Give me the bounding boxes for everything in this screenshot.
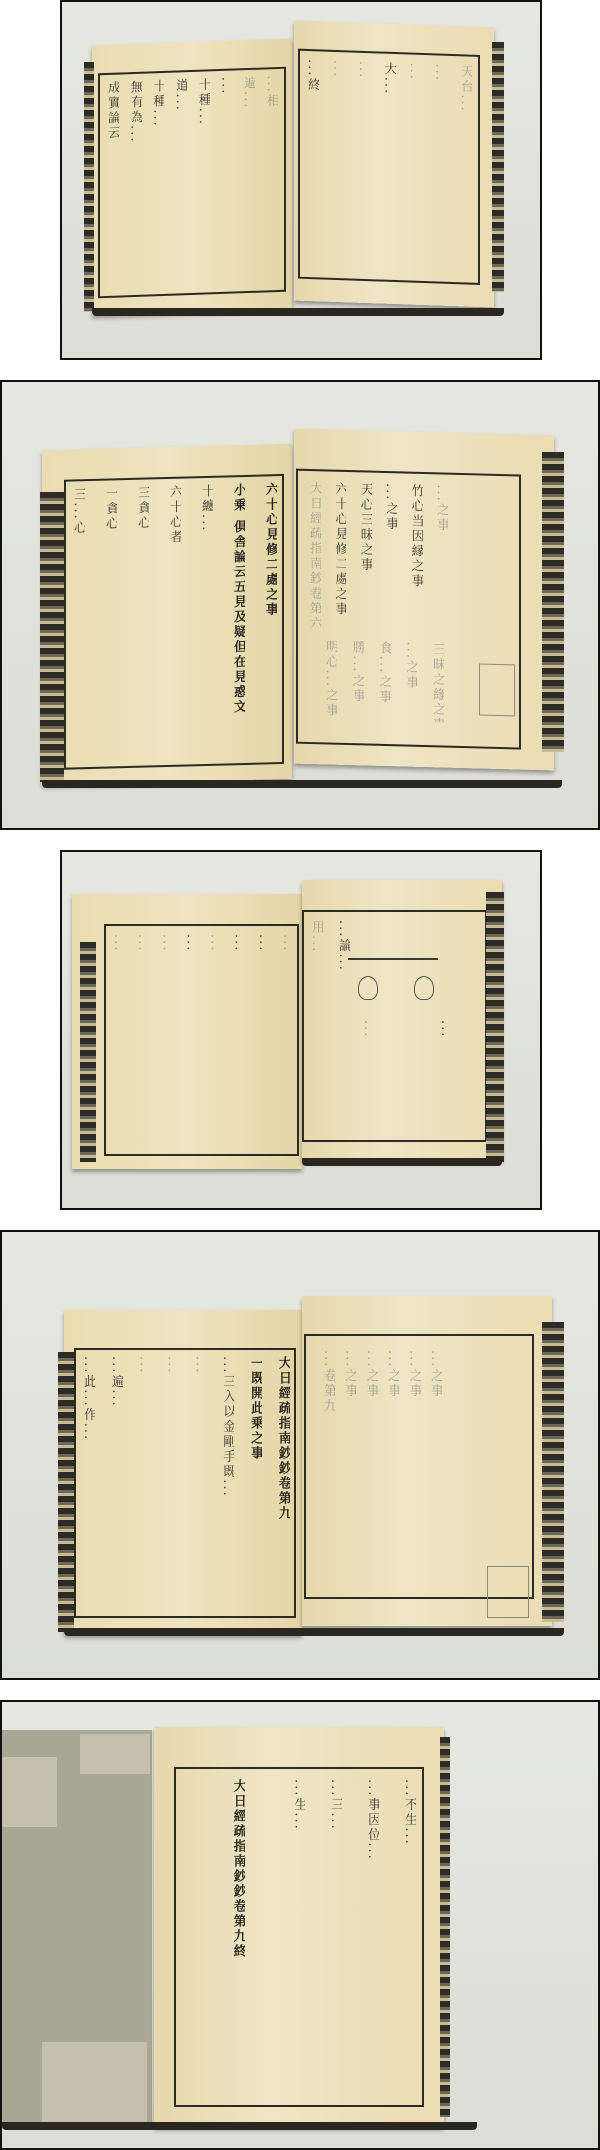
- text-column: ...卷第九: [322, 1350, 335, 1540]
- text-column: ...不生...: [403, 1779, 416, 2099]
- text-column: ...終: [306, 59, 319, 269]
- text-column: 竹心当因縁之事: [410, 484, 423, 634]
- right-page: ...不生... ...事因位... ...三... ...生... 大日經疏指…: [154, 1727, 444, 2127]
- text-column: ...: [112, 934, 125, 1149]
- text-column: 六十心見修二處之事: [333, 482, 346, 632]
- volume-title: 大日經疏指南鈔卷第六: [308, 481, 321, 631]
- text-column: ...此...作...: [82, 1356, 95, 1611]
- text-columns: ...之事 ...之事 ...之事 ...之事 ...之事 ...卷第九: [322, 1350, 442, 1540]
- book-edge: [492, 42, 504, 292]
- text-column: 食...之事: [378, 641, 391, 721]
- left-page: 大日經疏指南鈔鈔卷第九 一既開此乗之事 ...三入以金剛手既... ... ..…: [64, 1310, 302, 1635]
- right-page: ...之事 ...之事 ...之事 ...之事 ...之事 ...卷第九: [302, 1296, 552, 1626]
- text-column: ...論...: [337, 920, 350, 1120]
- book-edge: [440, 1737, 450, 2117]
- book-bottom-edge: [92, 308, 504, 316]
- left-page: ...相 遍... ... 十種... 道... 十種... 無有為... 成實…: [92, 39, 292, 316]
- left-page: 六十心見修二處之事 小乗 倶舎論云五見及疑但在見惑文 十纏... 六十心者 三貪…: [42, 444, 292, 786]
- book-edge: [84, 62, 94, 312]
- text-column: ...三...: [329, 1779, 342, 2099]
- text-column: 三...心: [72, 487, 85, 762]
- right-page: ...之事 竹心当因縁之事 ...之事 天心三昧之事 六十心見修二處之事 大日經…: [294, 429, 554, 771]
- book-edge: [40, 492, 64, 782]
- open-book: ... ... ... ... ... ... ... ... ...論... …: [62, 852, 542, 1210]
- text-column: ...: [257, 934, 270, 1149]
- text-column: ...三入以金剛手既...: [221, 1356, 234, 1611]
- text-columns: 大日經疏指南鈔鈔卷第九 一既開此乗之事 ...三入以金剛手既... ... ..…: [82, 1356, 290, 1611]
- product-photo-1[interactable]: ...相 遍... ... 十種... 道... 十種... 無有為... 成實…: [60, 0, 542, 360]
- text-column: 三貪心: [136, 485, 149, 760]
- book-edge: [80, 942, 96, 1162]
- text-column: ...: [362, 1020, 375, 1130]
- left-page: ... ... ... ... ... ... ... ...: [72, 894, 302, 1169]
- text-columns: 天台... ... ... 大... ... ... ...終: [306, 59, 472, 275]
- text-column: ...: [136, 934, 149, 1149]
- text-column: ...: [138, 1356, 151, 1611]
- colophon-end-title: 大日經疏指南鈔鈔卷第九終: [232, 1779, 245, 2099]
- seated-figure-illustration: [358, 976, 378, 1000]
- text-column: 大...: [383, 62, 396, 272]
- text-column: 無有為...: [129, 80, 142, 290]
- lineage-chart: [348, 958, 438, 960]
- chapter-heading: 一既開此乗之事: [249, 1356, 262, 1611]
- text-column: ...相: [265, 75, 278, 285]
- book-edge: [486, 892, 504, 1162]
- text-column: ...: [281, 934, 294, 1149]
- text-column: ...: [209, 934, 222, 1149]
- book-bottom-edge: [2, 2122, 477, 2130]
- text-column: ...之事: [404, 641, 417, 721]
- text-column: ...: [233, 934, 246, 1149]
- text-column: ...之事: [429, 1350, 442, 1540]
- text-column: 六十心者: [168, 485, 181, 760]
- book-edge: [542, 1322, 564, 1622]
- book-edge: [542, 452, 564, 752]
- collector-seal: [487, 1566, 529, 1618]
- text-columns: ...不生... ...事因位... ...三... ...生... 大日經疏指…: [184, 1779, 416, 2099]
- text-columns-lower: 三昧之緣之事 ...之事 食...之事 勝...之事 明心...之事: [324, 639, 444, 722]
- text-column: ...: [439, 1020, 452, 1130]
- text-column: ...事因位...: [366, 1779, 379, 2099]
- text-column: ...生...: [292, 1779, 305, 2099]
- text-column: 道...: [174, 78, 187, 288]
- text-column: 小乗 倶舎論云五見及疑但在見惑文: [232, 483, 245, 758]
- text-columns: 六十心見修二處之事 小乗 倶舎論云五見及疑但在見惑文 十纏... 六十心者 三貪…: [72, 482, 277, 762]
- right-page: ...論... 用... ... ...: [302, 880, 502, 1160]
- open-book: ...不生... ...事因位... ...三... ...生... 大日經疏指…: [2, 1702, 600, 2150]
- text-columns: ...論... 用...: [310, 920, 350, 1120]
- text-column: 天台...: [459, 64, 472, 274]
- product-photo-5[interactable]: ...不生... ...事因位... ...三... ...生... 大日經疏指…: [0, 1700, 600, 2150]
- text-columns: ... ...: [362, 1020, 452, 1130]
- text-column: ...: [220, 77, 233, 287]
- collector-seal: [479, 663, 515, 716]
- book-bottom-edge: [42, 780, 562, 788]
- text-column: ...: [332, 60, 345, 270]
- paper-patch: [80, 1734, 150, 1774]
- text-column: ...: [193, 1356, 206, 1611]
- text-column: 用...: [310, 920, 323, 1120]
- text-column: 十種...: [197, 77, 210, 287]
- book-edge: [58, 1352, 74, 1632]
- text-columns: ...相 遍... ... 十種... 道... 十種... 無有為... 成實…: [106, 75, 278, 291]
- text-column: ...: [408, 62, 421, 272]
- right-page: 天台... ... ... 大... ... ... ...終: [294, 21, 494, 308]
- volume-title: 大日經疏指南鈔鈔卷第九: [277, 1356, 290, 1611]
- text-column: ...遍...: [110, 1356, 123, 1611]
- product-photo-4[interactable]: 大日經疏指南鈔鈔卷第九 一既開此乗之事 ...三入以金剛手既... ... ..…: [0, 1230, 600, 1680]
- text-column: 遍...: [242, 76, 255, 286]
- text-columns: ...之事 竹心当因縁之事 ...之事 天心三昧之事 六十心見修二處之事 大日經…: [308, 481, 448, 635]
- text-columns: ... ... ... ... ... ... ... ...: [112, 934, 294, 1149]
- text-column: ...之事: [408, 1350, 421, 1540]
- text-column: ...之事: [343, 1350, 356, 1540]
- text-column: ...: [434, 63, 447, 273]
- open-book: ...相 遍... ... 十種... 道... 十種... 無有為... 成實…: [62, 2, 542, 360]
- book-bottom-edge: [302, 1158, 502, 1166]
- text-column: ...: [184, 934, 197, 1149]
- text-column: 一貪心: [104, 486, 117, 761]
- text-column: 十纏...: [200, 484, 213, 759]
- text-column: 成實論云: [106, 81, 119, 291]
- text-column: 十種...: [151, 79, 164, 289]
- open-book: 六十心見修二處之事 小乗 倶舎論云五見及疑但在見惑文 十纏... 六十心者 三貪…: [2, 382, 600, 830]
- product-photo-2[interactable]: 六十心見修二處之事 小乗 倶舎論云五見及疑但在見惑文 十纏... 六十心者 三貪…: [0, 380, 600, 830]
- text-column: ...: [166, 1356, 179, 1611]
- text-column: ...之事: [365, 1350, 378, 1540]
- text-column: ...: [160, 934, 173, 1149]
- product-photo-3[interactable]: ... ... ... ... ... ... ... ... ...論... …: [60, 850, 542, 1210]
- text-column: 三昧之緣之事: [431, 642, 444, 722]
- text-column: ...之事: [386, 1350, 399, 1540]
- chapter-heading: 六十心見修二處之事: [264, 482, 277, 757]
- open-book: 大日經疏指南鈔鈔卷第九 一既開此乗之事 ...三入以金剛手既... ... ..…: [2, 1232, 600, 1680]
- text-column: ...之事: [435, 484, 448, 634]
- book-bottom-edge: [64, 1628, 564, 1636]
- text-column: 勝...之事: [351, 640, 364, 720]
- text-column: ...之事: [384, 483, 397, 633]
- paper-patch: [2, 1757, 57, 1827]
- seated-figure-illustration: [414, 976, 434, 1000]
- paper-patch: [42, 2042, 147, 2127]
- text-column: 天心三昧之事: [359, 482, 372, 632]
- text-column: 明心...之事: [324, 639, 337, 719]
- text-column: ...: [357, 61, 370, 271]
